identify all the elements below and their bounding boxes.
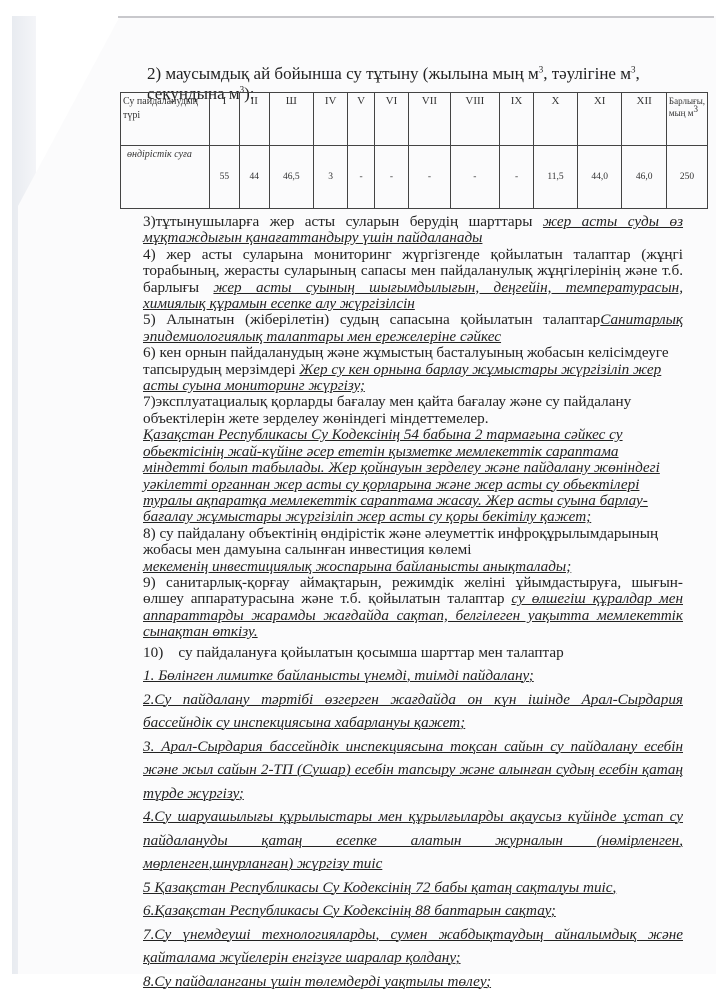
header-total: Барлығы, мың м3 — [666, 93, 707, 146]
water-consumption-table: Су пайдаланудың түрі I II Ш IV V VI VII … — [120, 92, 708, 209]
header-month: XII — [622, 93, 667, 146]
header-month: IV — [314, 93, 348, 146]
cell-value: 44,0 — [577, 146, 621, 209]
list-item: 4.Су шаруашылығы құрылыстары мен құрылғы… — [143, 805, 683, 876]
cell-value: 55 — [210, 146, 240, 209]
header-usage-type: Су пайдаланудың түрі — [121, 93, 210, 146]
header-month: I — [210, 93, 240, 146]
cell-value: - — [499, 146, 533, 209]
list-item: 5 Қазақстан Республикасы Су Кодексінің 7… — [143, 876, 683, 900]
item-9: 9) санитарлық-қорғау аймақтарын, режимді… — [143, 575, 683, 641]
cell-value: 46,0 — [622, 146, 667, 209]
header-month: X — [534, 93, 578, 146]
cell-total: 250 — [666, 146, 707, 209]
header-month: VII — [409, 93, 451, 146]
document-content: 2) маусымдық ай бойынша су тұтыну (жылын… — [0, 0, 727, 1000]
table-header-row: Су пайдаланудың түрі I II Ш IV V VI VII … — [121, 93, 708, 146]
table-row: өндірістік суға 55 44 46,5 3 - - - - - 1… — [121, 146, 708, 209]
list-item: 7.Су үнемдеуші технологияларды, сумен жа… — [143, 923, 683, 970]
item-7: 7)эксплуатациалық қорларды бағалау мен қ… — [143, 394, 683, 525]
list-item: 2.Су пайдалану тәртібі өзгерген жағдайда… — [143, 688, 683, 735]
header-month: IX — [499, 93, 533, 146]
requirements-text: 3)тұтынушыларға жер асты суларын берудің… — [143, 214, 683, 993]
list-item: 8.Су пайдаланганы үшін төлемдерді уақтыл… — [143, 970, 683, 994]
cell-value: - — [374, 146, 408, 209]
list-item: 6.Қазақстан Республикасы Су Кодексінің 8… — [143, 899, 683, 923]
item-4: 4) жер асты суларына мониторинг жүргізге… — [143, 247, 683, 313]
list-item: 3. Арал-Сырдария бассейндік инспекциясын… — [143, 735, 683, 806]
item-10-heading: 10) су пайдалануға қойылатын қосымша шар… — [143, 641, 683, 665]
header-month: V — [348, 93, 375, 146]
item-3: 3)тұтынушыларға жер асты суларын берудің… — [143, 214, 683, 247]
item-5: 5) Алынатын (жіберілетін) судың сапасына… — [143, 312, 683, 345]
cell-value: 11,5 — [534, 146, 578, 209]
item-6: 6) кен орнын пайдаланудың және жұмыстың … — [143, 345, 683, 394]
item-8: 8) су пайдалану объектінің өндірістік жә… — [143, 526, 683, 575]
cell-usage-type: өндірістік суға — [121, 146, 210, 209]
header-month: XI — [577, 93, 621, 146]
cell-value: 3 — [314, 146, 348, 209]
header-month: VI — [374, 93, 408, 146]
cell-value: - — [348, 146, 375, 209]
cell-value: - — [409, 146, 451, 209]
header-month: Ш — [269, 93, 313, 146]
header-month: VIII — [450, 93, 499, 146]
cell-value: 46,5 — [269, 146, 313, 209]
cell-value: 44 — [239, 146, 269, 209]
list-item: 1. Бөлінген лимитке байланысты үнемді, т… — [143, 664, 683, 688]
item-10: 10) су пайдалануға қойылатын қосымша шар… — [143, 641, 683, 994]
cell-value: - — [450, 146, 499, 209]
header-month: II — [239, 93, 269, 146]
